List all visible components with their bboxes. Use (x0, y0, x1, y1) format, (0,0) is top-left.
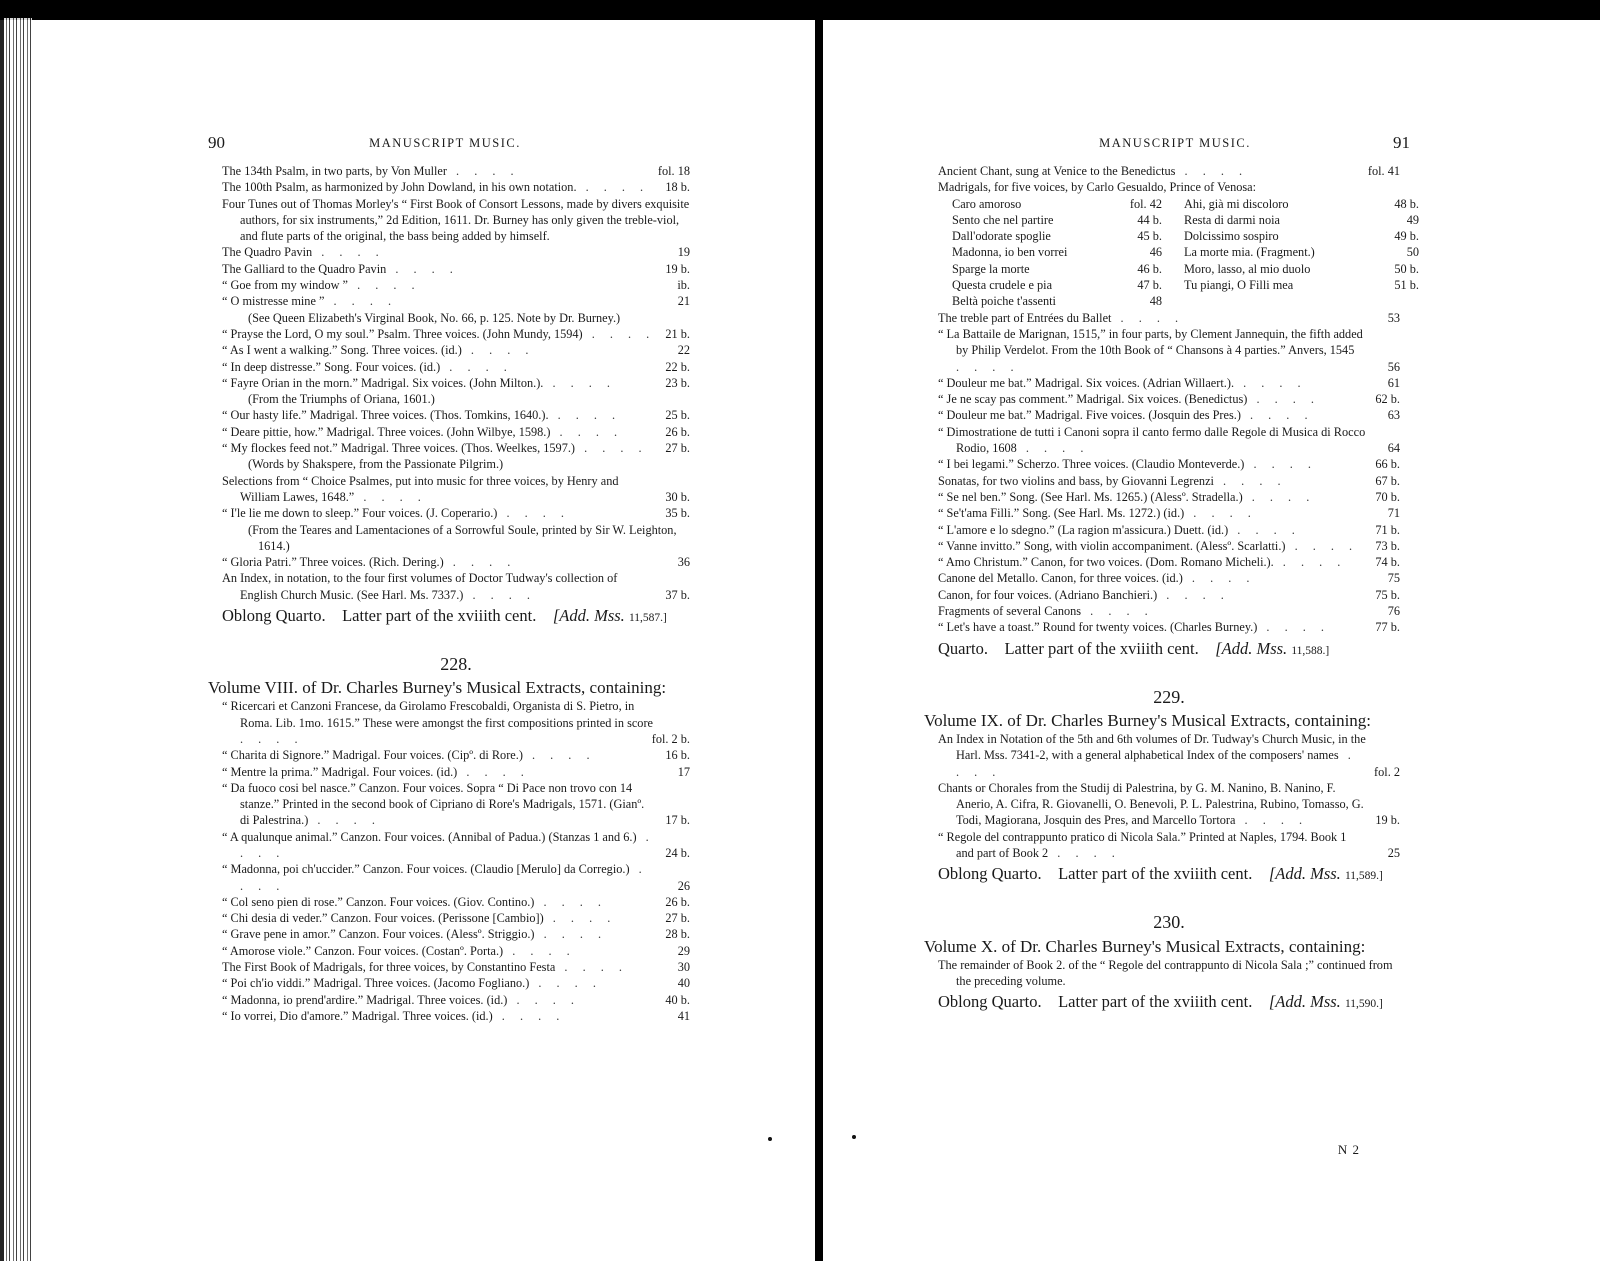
catalogue-entry: “ L'amore e lo sdegno.” (La ragion m'ass… (938, 522, 1400, 538)
catalogue-entry: “ In deep distresse.” Song. Four voices.… (222, 359, 690, 375)
entry-text: Four Tunes out of Thomas Morley's “ Firs… (222, 197, 689, 244)
madrigal-title: Dolcissimo sospiro (1184, 229, 1279, 243)
madrigal-item: Dall'odorate spoglie45 b. (952, 228, 1162, 244)
madrigal-title: Madonna, io ben vorrei (952, 245, 1067, 259)
dot-leader: . . . . (543, 376, 616, 390)
entry-text: “ Our hasty life.” Madrigal. Three voice… (222, 408, 549, 422)
madrigal-item (1184, 293, 1419, 309)
left-page-body: The 134th Psalm, in two parts, by Von Mu… (222, 163, 690, 1024)
entry-folio: 24 b. (662, 845, 690, 861)
entry-folio: 62 b. (1372, 391, 1400, 407)
entry-folio: 76 (1385, 603, 1400, 619)
imprint-line: Quarto. Latter part of the xviiith cent.… (938, 639, 1400, 661)
madrigal-folio: 48 b. (1394, 196, 1419, 212)
entry-text: “ Regole del contrappunto pratico di Nic… (938, 830, 1346, 860)
dot-leader: . . . . (1111, 311, 1184, 325)
running-head-title: MANUSCRIPT MUSIC. (940, 136, 1410, 151)
imprint-ref-number: 11,590.] (1345, 998, 1383, 1010)
catalogue-entry: “ Let's have a toast.” Round for twenty … (938, 619, 1400, 635)
dot-leader: . . . . (308, 813, 381, 827)
entry-folio: fol. 2 (1371, 764, 1400, 780)
speck (852, 1135, 856, 1139)
madrigal-title: Moro, lasso, al mio duolo (1184, 262, 1310, 276)
dot-leader: . . . . (1048, 846, 1121, 860)
entry-folio: 37 b. (662, 587, 690, 603)
imprint-format: Oblong Quarto. (222, 606, 326, 625)
lot-number: 229. (938, 689, 1400, 705)
dot-leader: . . . . (535, 927, 608, 941)
dot-leader: . . . . (1234, 376, 1307, 390)
entry-text: Ancient Chant, sung at Venice to the Ben… (938, 164, 1175, 178)
entry-folio: 26 b. (662, 424, 690, 440)
entry-folio: 73 b. (1372, 538, 1400, 554)
entry-text: “ Poi ch'io viddi.” Madrigal. Three voic… (222, 976, 529, 990)
dot-leader: . . . . (447, 164, 520, 178)
entry-folio: 19 (675, 244, 690, 260)
imprint-ref-label: [Add. Mss. (553, 606, 625, 625)
imprint-format: Oblong Quarto. (938, 992, 1042, 1011)
catalogue-entry: “ Our hasty life.” Madrigal. Three voice… (222, 407, 690, 423)
catalogue-entry: “ Douleur me bat.” Madrigal. Six voices.… (938, 375, 1400, 391)
madrigal-title: Beltà poiche t'assenti (952, 294, 1056, 308)
imprint-line: Oblong Quarto. Latter part of the xviiit… (222, 606, 690, 628)
entry-folio: 26 b. (662, 894, 690, 910)
dot-leader: . . . . (1081, 604, 1154, 618)
entry-text: “ Ricercari et Canzoni Francese, da Giro… (222, 699, 653, 729)
entry-folio: 64 (1385, 440, 1400, 456)
catalogue-entry: “ O mistresse mine ” . . . .21 (222, 293, 690, 309)
lot-number: 228. (222, 656, 690, 672)
entry-text: “ Chi desia di veder.” Canzon. Four voic… (222, 911, 544, 925)
entry-folio: 27 b. (662, 910, 690, 926)
catalogue-entry: “ Col seno pien di rose.” Canzon. Four v… (222, 894, 690, 910)
dot-leader: . . . . (1257, 620, 1330, 634)
catalogue-entry: Canone del Metallo. Canon, for three voi… (938, 570, 1400, 586)
catalogue-entry: The treble part of Entrées du Ballet . .… (938, 310, 1400, 326)
dot-leader: . . . . (1214, 474, 1287, 488)
dot-leader: . . . . (312, 245, 385, 259)
speck (768, 1137, 772, 1141)
catalogue-entry: The 134th Psalm, in two parts, by Von Mu… (222, 163, 690, 179)
dot-leader: . . . . (577, 180, 650, 194)
dot-leader: . . . . (1157, 588, 1230, 602)
entry-folio: ib. (674, 277, 690, 293)
entry-folio: 40 b. (662, 992, 690, 1008)
entry-folio: 25 b. (662, 407, 690, 423)
lot-title: Volume VIII. of Dr. Charles Burney's Mus… (208, 678, 690, 698)
entry-text: The treble part of Entrées du Ballet (938, 311, 1111, 325)
entry-folio: fol. 18 (655, 163, 690, 179)
entry-folio: 21 b. (662, 326, 690, 342)
imprint-ref-number: 11,588.] (1291, 645, 1329, 657)
catalogue-entry: Fragments of several Canons . . . .76 (938, 603, 1400, 619)
dot-leader: . . . . (1247, 392, 1320, 406)
catalogue-entry: “ As I went a walking.” Song. Three voic… (222, 342, 690, 358)
page-number: 91 (1393, 133, 1410, 153)
imprint-date: Latter part of the xviiith cent. (1058, 864, 1252, 883)
entry-text: “ Da fuoco cosi bel nasce.” Canzon. Four… (222, 781, 644, 828)
madrigal-list: Caro amorosofol. 42Ahi, già mi discoloro… (938, 196, 1400, 310)
entry-text: “ La Battaile de Marignan, 1515,” in fou… (938, 327, 1363, 357)
entry-folio: 56 (1385, 359, 1400, 375)
entry-text: “ L'amore e lo sdegno.” (La ragion m'ass… (938, 523, 1228, 537)
entry-folio: 61 (1385, 375, 1400, 391)
madrigal-title: Dall'odorate spoglie (952, 229, 1051, 243)
entry-folio: 25 (1385, 845, 1400, 861)
imprint-date: Latter part of the xviiith cent. (342, 606, 536, 625)
madrigal-folio: 45 b. (1137, 228, 1162, 244)
dot-leader: . . . . (354, 490, 427, 504)
catalogue-entry: Ancient Chant, sung at Venice to the Ben… (938, 163, 1400, 179)
madrigal-folio: 46 (1150, 244, 1162, 260)
entry-folio: 17 (675, 764, 690, 780)
entry-text: The 100th Psalm, as harmonized by John D… (222, 180, 577, 194)
madrigal-item: Sento che nel partire44 b. (952, 212, 1162, 228)
catalogue-entry: “ Vanne invitto.” Song, with violin acco… (938, 538, 1400, 554)
catalogue-entry: “ Gloria Patri.” Three voices. (Rich. De… (222, 554, 690, 570)
catalogue-entry: “ Amo Christum.” Canon, for two voices. … (938, 554, 1400, 570)
entry-folio: 16 b. (662, 747, 690, 763)
running-head-title: MANUSCRIPT MUSIC. (200, 136, 690, 151)
catalogue-entry: The Quadro Pavin . . . .19 (222, 244, 690, 260)
dot-leader: . . . . (529, 976, 602, 990)
catalogue-entry: “ Io vorrei, Dio d'amore.” Madrigal. Thr… (222, 1008, 690, 1024)
left-page: 90 MANUSCRIPT MUSIC. The 134th Psalm, in… (200, 0, 690, 1261)
madrigal-folio: fol. 42 (1130, 196, 1162, 212)
entry-text: The Galliard to the Quadro Pavin (222, 262, 386, 276)
dot-leader: . . . . (1175, 164, 1248, 178)
entry-text: The First Book of Madrigals, for three v… (222, 960, 555, 974)
right-page: MANUSCRIPT MUSIC. 91 Ancient Chant, sung… (940, 0, 1410, 1261)
catalogue-entry: “ Madonna, io prend'ardire.” Madrigal. T… (222, 992, 690, 1008)
entry-folio: fol. 2 b. (649, 731, 690, 747)
dot-leader: . . . . (444, 555, 517, 569)
madrigal-title: Sparge la morte (952, 262, 1030, 276)
dot-leader: . . . . (523, 748, 596, 762)
entry-text: “ Vanne invitto.” Song, with violin acco… (938, 539, 1286, 553)
entry-folio: 21 (675, 293, 690, 309)
catalogue-entry: “ Madonna, poi ch'uccider.” Canzon. Four… (222, 861, 690, 894)
madrigal-item: La morte mia. (Fragment.)50 (1184, 244, 1419, 260)
entry-text: “ Deare pittie, how.” Madrigal. Three vo… (222, 425, 550, 439)
entry-folio: 63 (1385, 407, 1400, 423)
catalogue-entry: “ My flockes feed not.” Madrigal. Three … (222, 440, 690, 456)
dot-leader: . . . . (544, 911, 617, 925)
entry-text: Canone del Metallo. Canon, for three voi… (938, 571, 1183, 585)
signature-mark: N 2 (1338, 1142, 1360, 1158)
entry-text: “ Douleur me bat.” Madrigal. Six voices.… (938, 376, 1234, 390)
madrigal-item: Caro amorosofol. 42 (952, 196, 1162, 212)
entry-text: Madrigals, for five voices, by Carlo Ges… (938, 180, 1256, 194)
entry-text: “ Se nel ben.” Song. (See Harl. Ms. 1265… (938, 490, 1243, 504)
entry-folio: 26 (675, 878, 690, 894)
running-head: MANUSCRIPT MUSIC. 91 (940, 133, 1410, 153)
dot-leader: . . . . (1243, 490, 1316, 504)
madrigal-item: Sparge la morte46 b. (952, 261, 1162, 277)
dot-leader: . . . . (1241, 408, 1314, 422)
madrigal-folio: 44 b. (1137, 212, 1162, 228)
entry-folio: 22 (675, 342, 690, 358)
dot-leader: . . . . (1228, 523, 1301, 537)
madrigal-title: Tu piangi, O Filli mea (1184, 278, 1293, 292)
entry-folio: 30 (675, 959, 690, 975)
catalogue-entry: “ Ricercari et Canzoni Francese, da Giro… (222, 698, 690, 747)
dot-leader: . . . . (324, 294, 397, 308)
catalogue-entry: “ La Battaile de Marignan, 1515,” in fou… (938, 326, 1400, 375)
entry-folio: 74 b. (1372, 554, 1400, 570)
entry-text: “ Se't'ama Filli.” Song. (See Harl. Ms. … (938, 506, 1184, 520)
entry-note: (From the Teares and Lamentaciones of a … (222, 522, 690, 555)
entry-text: “ O mistresse mine ” (222, 294, 324, 308)
catalogue-entry: The 100th Psalm, as harmonized by John D… (222, 179, 690, 195)
entry-text: An Index in Notation of the 5th and 6th … (938, 732, 1366, 762)
imprint-date: Latter part of the xviiith cent. (1004, 639, 1198, 658)
dot-leader: . . . . (549, 408, 622, 422)
catalogue-entry: Chants or Chorales from the Studij di Pa… (938, 780, 1400, 829)
entry-folio: fol. 41 (1365, 163, 1400, 179)
entry-text: Fragments of several Canons (938, 604, 1081, 618)
dot-leader: . . . . (583, 327, 656, 341)
catalogue-entry: “ Mentre la prima.” Madrigal. Four voice… (222, 764, 690, 780)
catalogue-entry: “ Da fuoco cosi bel nasce.” Canzon. Four… (222, 780, 690, 829)
catalogue-entry: “ Grave pene in amor.” Canzon. Four voic… (222, 926, 690, 942)
entry-text: Canon, for four voices. (Adriano Banchie… (938, 588, 1157, 602)
madrigal-item: Madonna, io ben vorrei46 (952, 244, 1162, 260)
catalogue-entry: “ Fayre Orian in the morn.” Madrigal. Si… (222, 375, 690, 391)
madrigal-folio: 49 (1407, 212, 1419, 228)
entry-text: “ Dimostratione de tutti i Canoni sopra … (938, 425, 1365, 455)
entry-folio: 77 b. (1372, 619, 1400, 635)
entry-folio: 29 (675, 943, 690, 959)
entry-folio: 30 b. (662, 489, 690, 505)
entry-text: “ Charita di Signore.” Madrigal. Four vo… (222, 748, 523, 762)
madrigal-folio: 49 b. (1394, 228, 1419, 244)
catalogue-entry: “ Se nel ben.” Song. (See Harl. Ms. 1265… (938, 489, 1400, 505)
catalogue-entry: The remainder of Book 2. of the “ Regole… (938, 957, 1400, 990)
dot-leader: . . . . (956, 360, 1020, 374)
madrigal-title: Caro amoroso (952, 197, 1021, 211)
catalogue-entry: Sonatas, for two violins and bass, by Gi… (938, 473, 1400, 489)
imprint-ref-number: 11,587.] (629, 612, 667, 624)
entry-text: “ Let's have a toast.” Round for twenty … (938, 620, 1257, 634)
entry-folio: 70 b. (1372, 489, 1400, 505)
running-head: 90 MANUSCRIPT MUSIC. (200, 133, 690, 153)
madrigal-item: Moro, lasso, al mio duolo50 b. (1184, 261, 1419, 277)
madrigal-item: Tu piangi, O Filli mea51 b. (1184, 277, 1419, 293)
entry-folio: 17 b. (662, 812, 690, 828)
entry-text: “ Madonna, io prend'ardire.” Madrigal. T… (222, 993, 507, 1007)
catalogue-entry: Madrigals, for five voices, by Carlo Ges… (938, 179, 1400, 195)
entry-text: “ My flockes feed not.” Madrigal. Three … (222, 441, 575, 455)
dot-leader: . . . . (463, 588, 536, 602)
entry-folio: 22 b. (662, 359, 690, 375)
dot-leader: . . . . (440, 360, 513, 374)
catalogue-entry: “ Poi ch'io viddi.” Madrigal. Three voic… (222, 975, 690, 991)
catalogue-entry: Four Tunes out of Thomas Morley's “ Firs… (222, 196, 690, 245)
imprint-ref-label: [Add. Mss. (1215, 639, 1287, 658)
catalogue-entry: “ Je ne scay pas comment.” Madrigal. Six… (938, 391, 1400, 407)
entry-text: “ Fayre Orian in the morn.” Madrigal. Si… (222, 376, 543, 390)
entry-text: “ Douleur me bat.” Madrigal. Five voices… (938, 408, 1241, 422)
entry-folio: 67 b. (1372, 473, 1400, 489)
dot-leader: . . . . (1183, 571, 1256, 585)
entry-text: “ Je ne scay pas comment.” Madrigal. Six… (938, 392, 1247, 406)
entry-folio: 36 (675, 554, 690, 570)
madrigal-item: Resta di darmi noia49 (1184, 212, 1419, 228)
madrigal-item: Ahi, già mi discoloro48 b. (1184, 196, 1419, 212)
catalogue-entry: “ I'le lie me down to sleep.” Four voice… (222, 505, 690, 521)
dot-leader: . . . . (1274, 555, 1347, 569)
catalogue-entry: “ Se't'ama Filli.” Song. (See Harl. Ms. … (938, 505, 1400, 521)
dot-leader: . . . . (1235, 813, 1308, 827)
entry-folio: 71 b. (1372, 522, 1400, 538)
entry-text: The remainder of Book 2. of the “ Regole… (938, 958, 1393, 988)
entry-text: The Quadro Pavin (222, 245, 312, 259)
catalogue-entry: “ Deare pittie, how.” Madrigal. Three vo… (222, 424, 690, 440)
entry-folio: 18 b. (662, 179, 690, 195)
entry-folio: 35 b. (662, 505, 690, 521)
entry-folio: 41 (675, 1008, 690, 1024)
catalogue-entry: “ Chi desia di veder.” Canzon. Four voic… (222, 910, 690, 926)
entry-text: “ A qualunque animal.” Canzon. Four voic… (222, 830, 637, 844)
dot-leader: . . . . (497, 506, 570, 520)
dot-leader: . . . . (534, 895, 607, 909)
dot-leader: . . . . (503, 944, 576, 958)
catalogue-entry: “ Dimostratione de tutti i Canoni sopra … (938, 424, 1400, 457)
entry-folio: 28 b. (662, 926, 690, 942)
madrigal-folio: 47 b. (1137, 277, 1162, 293)
entry-folio: 75 b. (1372, 587, 1400, 603)
dot-leader: . . . . (240, 732, 304, 746)
madrigal-folio: 46 b. (1137, 261, 1162, 277)
lot-title: Volume IX. of Dr. Charles Burney's Music… (924, 711, 1400, 731)
entry-text: “ Col seno pien di rose.” Canzon. Four v… (222, 895, 534, 909)
dot-leader: . . . . (1286, 539, 1359, 553)
entry-text: “ I bei legami.” Scherzo. Three voices. … (938, 457, 1244, 471)
entry-note: (See Queen Elizabeth's Virginal Book, No… (222, 310, 690, 326)
madrigal-item: Beltà poiche t'assenti48 (952, 293, 1162, 309)
entry-folio: 66 b. (1372, 456, 1400, 472)
catalogue-entry: The First Book of Madrigals, for three v… (222, 959, 690, 975)
entry-text: “ Goe from my window ” (222, 278, 348, 292)
catalogue-entry: Selections from “ Choice Psalmes, put in… (222, 473, 690, 506)
entry-text: “ I'le lie me down to sleep.” Four voice… (222, 506, 497, 520)
dot-leader: . . . . (1184, 506, 1257, 520)
entry-note: (From the Triumphs of Oriana, 1601.) (222, 391, 690, 407)
imprint-line: Oblong Quarto. Latter part of the xviiit… (938, 864, 1400, 886)
dot-leader: . . . . (575, 441, 648, 455)
dot-leader: . . . . (457, 765, 530, 779)
imprint-date: Latter part of the xviiith cent. (1058, 992, 1252, 1011)
dot-leader: . . . . (493, 1009, 566, 1023)
dot-leader: . . . . (555, 960, 628, 974)
imprint-ref-label: [Add. Mss. (1269, 864, 1341, 883)
madrigal-item: Dolcissimo sospiro49 b. (1184, 228, 1419, 244)
entry-text: “ Prayse the Lord, O my soul.” Psalm. Th… (222, 327, 583, 341)
dot-leader: . . . . (348, 278, 421, 292)
page-gutter (815, 16, 823, 1261)
entry-folio: 23 b. (662, 375, 690, 391)
dot-leader: . . . . (462, 343, 535, 357)
dot-leader: . . . . (1017, 441, 1090, 455)
madrigal-title: Resta di darmi noia (1184, 213, 1280, 227)
imprint-format: Oblong Quarto. (938, 864, 1042, 883)
dot-leader: . . . . (386, 262, 459, 276)
catalogue-entry: Canon, for four voices. (Adriano Banchie… (938, 587, 1400, 603)
entry-text: An Index, in notation, to the four first… (222, 571, 617, 601)
entry-folio: 19 b. (1372, 812, 1400, 828)
entry-text: The 134th Psalm, in two parts, by Von Mu… (222, 164, 447, 178)
book-binding-edge (0, 18, 32, 1261)
imprint-ref-number: 11,589.] (1345, 870, 1383, 882)
entry-text: “ Mentre la prima.” Madrigal. Four voice… (222, 765, 457, 779)
madrigal-title: La morte mia. (Fragment.) (1184, 245, 1315, 259)
imprint-line: Oblong Quarto. Latter part of the xviiit… (938, 992, 1400, 1014)
madrigal-folio: 51 b. (1394, 277, 1419, 293)
madrigal-title: Ahi, già mi discoloro (1184, 197, 1289, 211)
imprint-ref-label: [Add. Mss. (1269, 992, 1341, 1011)
catalogue-entry: “ I bei legami.” Scherzo. Three voices. … (938, 456, 1400, 472)
madrigal-folio: 48 (1150, 293, 1162, 309)
entry-folio: 27 b. (662, 440, 690, 456)
madrigal-title: Questa crudele e pia (952, 278, 1052, 292)
catalogue-entry: “ A qualunque animal.” Canzon. Four voic… (222, 829, 690, 862)
entry-folio: 75 (1385, 570, 1400, 586)
right-page-body: Ancient Chant, sung at Venice to the Ben… (938, 163, 1400, 1014)
dot-leader: . . . . (550, 425, 623, 439)
madrigal-item: Questa crudele e pia47 b. (952, 277, 1162, 293)
catalogue-entry: “ Regole del contrappunto pratico di Nic… (938, 829, 1400, 862)
catalogue-entry: The Galliard to the Quadro Pavin . . . .… (222, 261, 690, 277)
entry-folio: 40 (675, 975, 690, 991)
entry-folio: 19 b. (662, 261, 690, 277)
catalogue-entry: “ Prayse the Lord, O my soul.” Psalm. Th… (222, 326, 690, 342)
entry-text: “ Amorose viole.” Canzon. Four voices. (… (222, 944, 503, 958)
dot-leader: . . . . (1244, 457, 1317, 471)
entry-text: “ Gloria Patri.” Three voices. (Rich. De… (222, 555, 444, 569)
entry-text: “ As I went a walking.” Song. Three voic… (222, 343, 462, 357)
entry-note: (Words by Shakspere, from the Passionate… (222, 456, 690, 472)
madrigal-folio: 50 (1407, 244, 1419, 260)
catalogue-entry: An Index in Notation of the 5th and 6th … (938, 731, 1400, 780)
madrigal-title: Sento che nel partire (952, 213, 1053, 227)
entry-folio: 53 (1385, 310, 1400, 326)
catalogue-entry: An Index, in notation, to the four first… (222, 570, 690, 603)
catalogue-entry: “ Charita di Signore.” Madrigal. Four vo… (222, 747, 690, 763)
entry-text: Sonatas, for two violins and bass, by Gi… (938, 474, 1214, 488)
catalogue-entry: “ Amorose viole.” Canzon. Four voices. (… (222, 943, 690, 959)
entry-text: “ Io vorrei, Dio d'amore.” Madrigal. Thr… (222, 1009, 493, 1023)
entry-text: “ Grave pene in amor.” Canzon. Four voic… (222, 927, 535, 941)
catalogue-entry: “ Douleur me bat.” Madrigal. Five voices… (938, 407, 1400, 423)
entry-folio: 71 (1385, 505, 1400, 521)
entry-text: “ Amo Christum.” Canon, for two voices. … (938, 555, 1274, 569)
catalogue-entry: “ Goe from my window ” . . . .ib. (222, 277, 690, 293)
entry-text: “ Madonna, poi ch'uccider.” Canzon. Four… (222, 862, 630, 876)
madrigal-folio: 50 b. (1394, 261, 1419, 277)
entry-text: “ In deep distresse.” Song. Four voices.… (222, 360, 440, 374)
lot-title: Volume X. of Dr. Charles Burney's Musica… (924, 937, 1400, 957)
imprint-format: Quarto. (938, 639, 988, 658)
dot-leader: . . . . (507, 993, 580, 1007)
lot-number: 230. (938, 914, 1400, 930)
